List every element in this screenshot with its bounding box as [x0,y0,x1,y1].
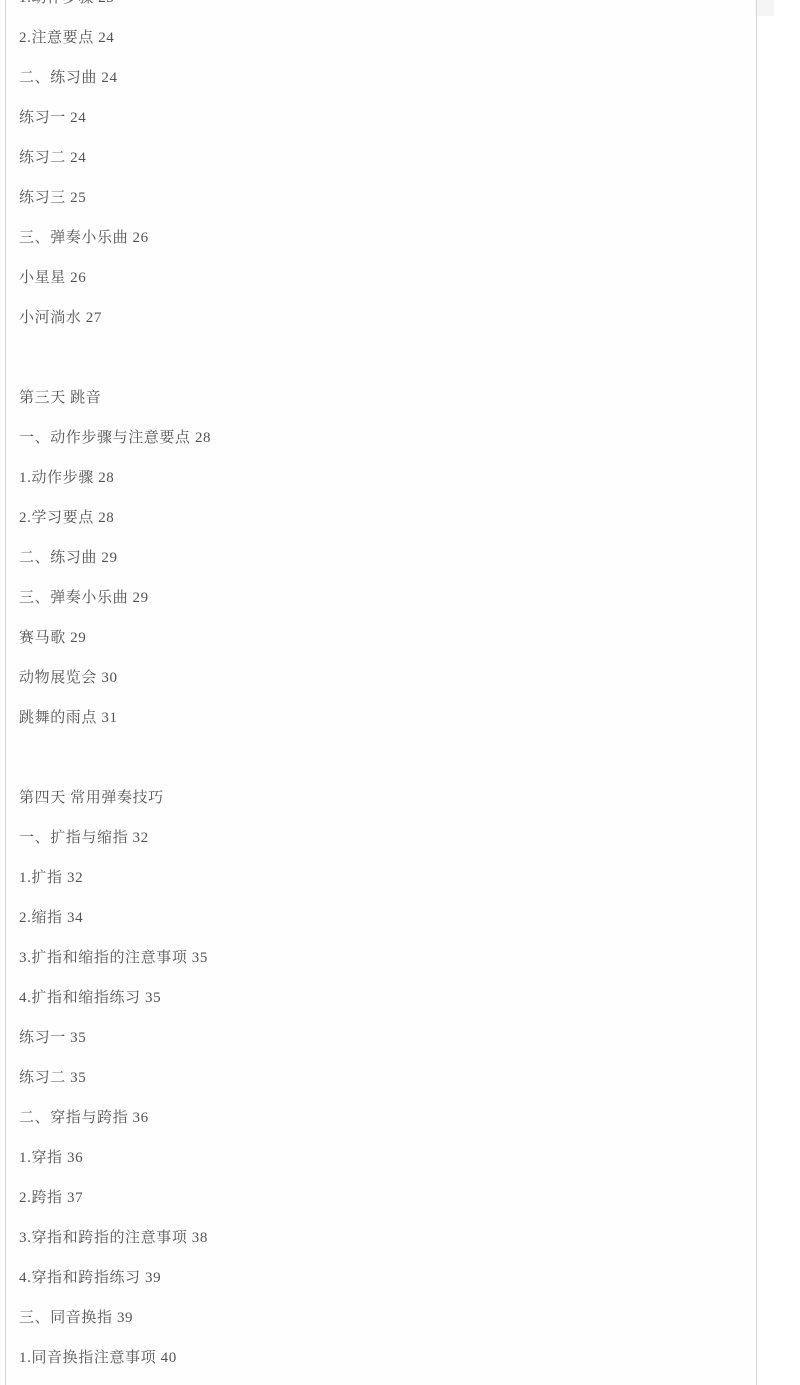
toc-line: 3.扩指和缩指的注意事项 35 [19,948,756,968]
toc-line: 二、练习曲 24 [19,68,756,88]
section-gap [19,748,756,768]
toc-line: 练习二 35 [19,1068,756,1088]
toc-line: 1.动作步骤 28 [19,468,756,488]
toc-line: 三、同音换指 39 [19,1308,756,1328]
toc-content: 1.动作步骤 23 2.注意要点 24 二、练习曲 24 练习一 24 练习二 … [19,0,756,1368]
toc-line: 赛马歌 29 [19,628,756,648]
toc-line-clipped: 1.动作步骤 23 [19,0,756,8]
scroll-artifact [757,0,774,16]
toc-line: 4.扩指和缩指练习 35 [19,988,756,1008]
toc-line: 2.注意要点 24 [19,28,756,48]
toc-line: 1.同音换指注意事项 40 [19,1348,756,1368]
toc-line: 1.扩指 32 [19,868,756,888]
toc-line: 练习三 25 [19,188,756,208]
toc-line: 2.跨指 37 [19,1188,756,1208]
section-gap [19,348,756,368]
toc-line: 小河淌水 27 [19,308,756,328]
toc-line: 1.穿指 36 [19,1148,756,1168]
toc-line: 练习一 35 [19,1028,756,1048]
toc-line: 动物展览会 30 [19,668,756,688]
toc-line: 2.缩指 34 [19,908,756,928]
toc-line: 跳舞的雨点 31 [19,708,756,728]
toc-line: 练习二 24 [19,148,756,168]
toc-line: 一、动作步骤与注意要点 28 [19,428,756,448]
toc-line: 2.学习要点 28 [19,508,756,528]
toc-section-title: 第三天 跳音 [19,388,756,408]
article-page: 1.动作步骤 23 2.注意要点 24 二、练习曲 24 练习一 24 练习二 … [5,0,757,1385]
toc-line: 三、弹奏小乐曲 26 [19,228,756,248]
toc-line: 3.穿指和跨指的注意事项 38 [19,1228,756,1248]
toc-line: 4.穿指和跨指练习 39 [19,1268,756,1288]
toc-line: 三、弹奏小乐曲 29 [19,588,756,608]
toc-line: 小星星 26 [19,268,756,288]
toc-line: 二、穿指与跨指 36 [19,1108,756,1128]
toc-line: 二、练习曲 29 [19,548,756,568]
toc-line: 练习一 24 [19,108,756,128]
toc-line: 一、扩指与缩指 32 [19,828,756,848]
toc-section-title: 第四天 常用弹奏技巧 [19,788,756,808]
